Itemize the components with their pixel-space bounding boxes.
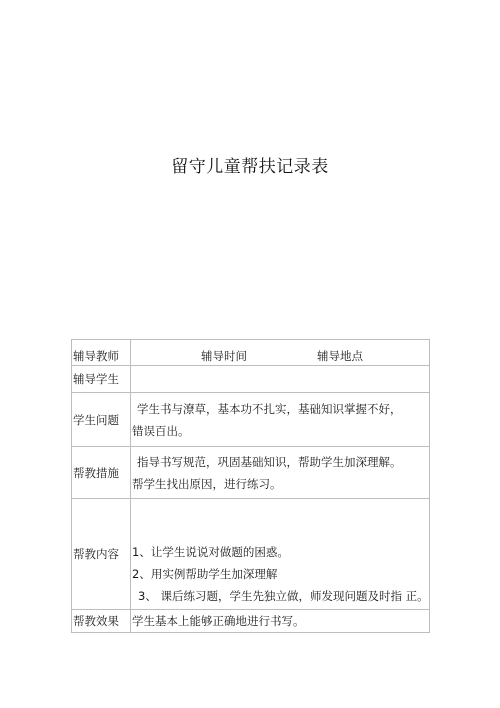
place-label: 辅导地点 bbox=[317, 348, 363, 364]
content-line-3: 3、 课后练习题，学生先独立做，师发现问题及时指 正。 bbox=[132, 585, 429, 607]
problem-line-1: 学生书与潦草，基本功不扎实，基础知识掌握不好， bbox=[132, 398, 429, 420]
content-value: 1、让学生说说对做题的困惑。 2、用实例帮助学生加深理解 3、 课后练习题，学生… bbox=[131, 499, 430, 610]
effect-label: 帮教效果 bbox=[72, 610, 131, 633]
table-row-content: 帮教内容 1、让学生说说对做题的困惑。 2、用实例帮助学生加深理解 3、 课后练… bbox=[72, 499, 430, 610]
table-row-teacher: 辅导教师 辅导时间 辅导地点 bbox=[72, 340, 430, 366]
content-label: 帮教内容 bbox=[72, 499, 131, 610]
student-value bbox=[131, 366, 430, 393]
document-title: 留守儿童帮扶记录表 bbox=[0, 152, 500, 177]
measures-line-2: 帮学生找出原因，进行练习。 bbox=[132, 473, 429, 495]
table-row-measures: 帮教措施 指导书写规范，巩固基础知识，帮助学生加深理解。 帮学生找出原因，进行练… bbox=[72, 447, 430, 499]
time-label: 辅导时间 bbox=[201, 348, 247, 364]
measures-line-1: 指导书写规范，巩固基础知识，帮助学生加深理解。 bbox=[132, 451, 429, 473]
student-label: 辅导学生 bbox=[72, 366, 131, 393]
teacher-label: 辅导教师 bbox=[72, 340, 131, 366]
content-line-2: 2、用实例帮助学生加深理解 bbox=[132, 563, 429, 585]
record-table: 辅导教师 辅导时间 辅导地点 辅导学生 学生问题 学生书与潦草，基本功不扎实，基… bbox=[71, 339, 430, 633]
teacher-value-cell: 辅导时间 辅导地点 bbox=[131, 340, 430, 366]
problem-value: 学生书与潦草，基本功不扎实，基础知识掌握不好， 错误百出。 bbox=[131, 393, 430, 447]
measures-value: 指导书写规范，巩固基础知识，帮助学生加深理解。 帮学生找出原因，进行练习。 bbox=[131, 447, 430, 499]
problem-line-2: 错误百出。 bbox=[132, 420, 429, 442]
content-line-1: 1、让学生说说对做题的困惑。 bbox=[132, 541, 429, 563]
measures-label: 帮教措施 bbox=[72, 447, 131, 499]
effect-text: 学生基本上能够正确地进行书写。 bbox=[132, 611, 429, 631]
problem-label: 学生问题 bbox=[72, 393, 131, 447]
table-row-student: 辅导学生 bbox=[72, 366, 430, 393]
table-row-effect: 帮教效果 学生基本上能够正确地进行书写。 bbox=[72, 610, 430, 633]
table-row-problem: 学生问题 学生书与潦草，基本功不扎实，基础知识掌握不好， 错误百出。 bbox=[72, 393, 430, 447]
effect-value: 学生基本上能够正确地进行书写。 bbox=[131, 610, 430, 633]
